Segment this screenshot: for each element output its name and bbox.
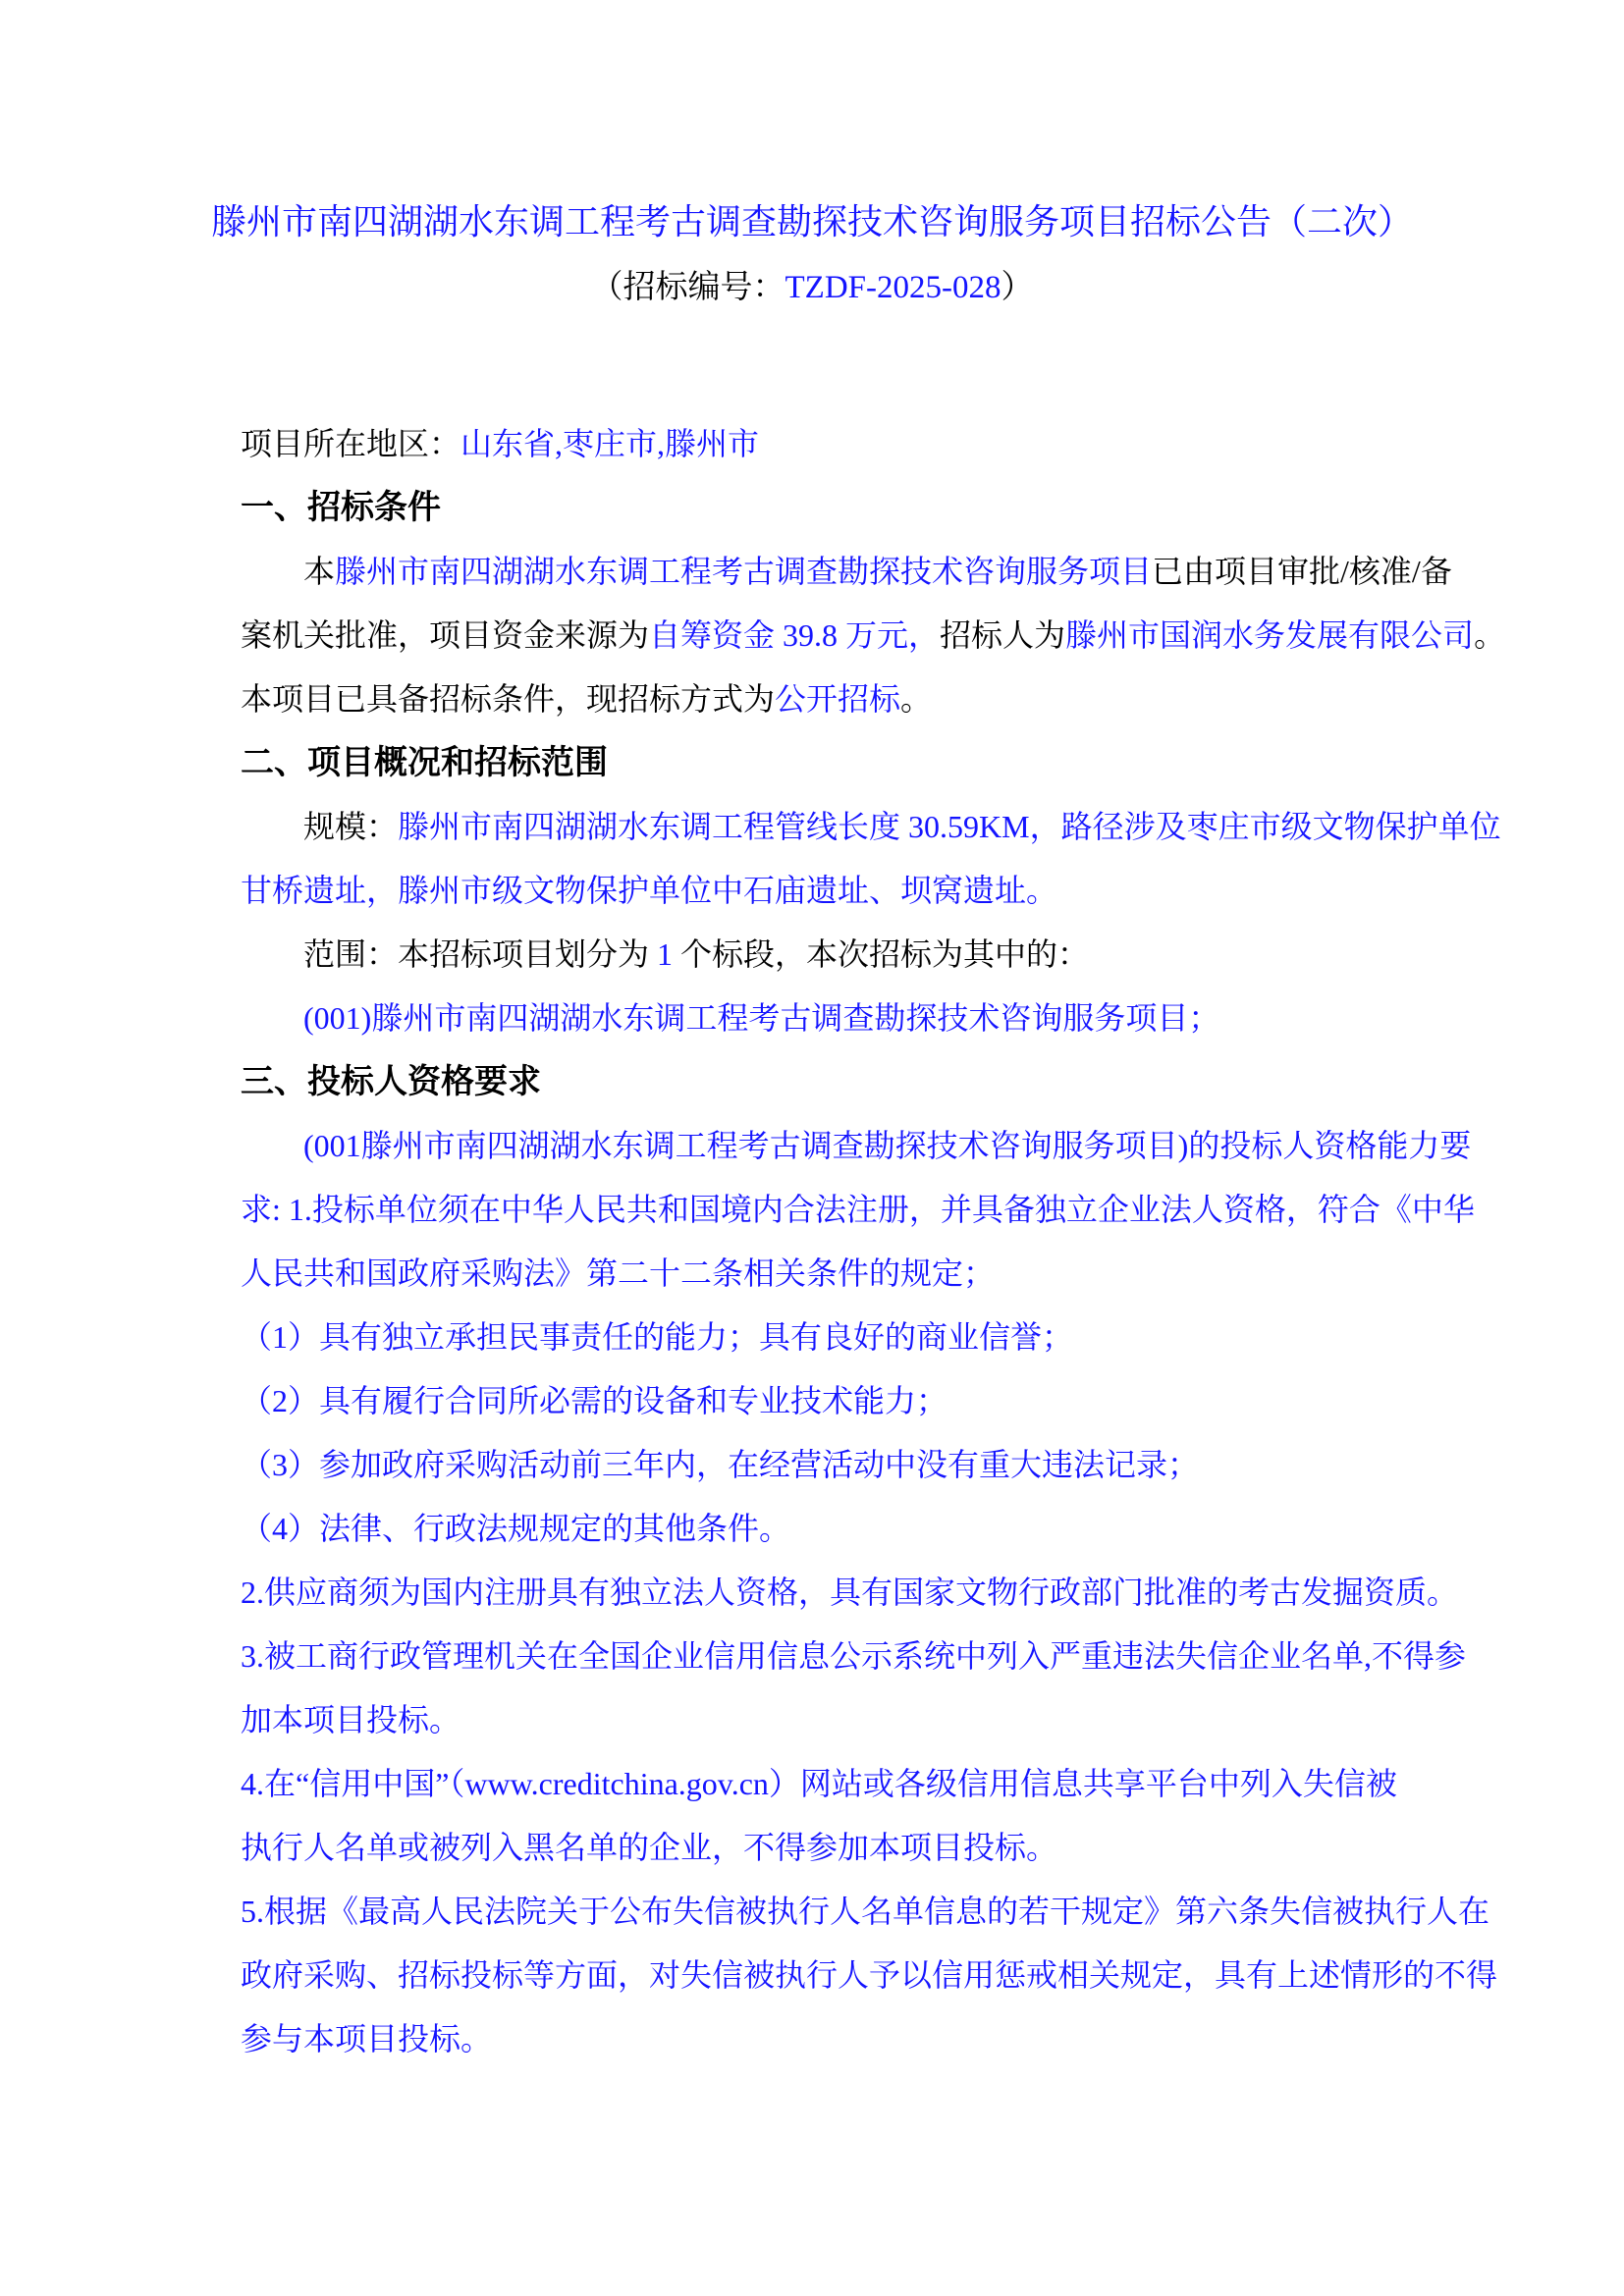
- section-heading: 三、投标人资格要求: [241, 1050, 1517, 1114]
- text-segment: 滕州市南四湖湖水东调工程考古调查勘探技术咨询服务项目: [335, 554, 1152, 589]
- subtitle-prefix: （招标编号：: [591, 270, 785, 305]
- text-segment: 二、项目概况和招标范围: [241, 744, 608, 781]
- document-line: 规模：滕州市南四湖湖水东调工程管线长度 30.59KM，路径涉及枣庄市级文物保护…: [241, 795, 1517, 859]
- text-segment: 案机关批准，项目资金来源为: [241, 617, 649, 653]
- text-segment: 4.在“信用中国”（www.creditchina.gov.cn）网站或各级信用…: [241, 1766, 1397, 1801]
- document-body: 项目所在地区：山东省,枣庄市,滕州市一、招标条件本滕州市南四湖湖水东调工程考古调…: [241, 412, 1517, 2071]
- text-segment: 5.根据《最高人民法院关于公布失信被执行人名单信息的若干规定》第六条失信被执行人…: [241, 1894, 1489, 1929]
- document-line: 参与本项目投标。: [241, 2007, 1517, 2071]
- text-segment: 三、投标人资格要求: [241, 1063, 541, 1100]
- document-line: 4.在“信用中国”（www.creditchina.gov.cn）网站或各级信用…: [241, 1752, 1517, 1816]
- document-page: 滕州市南四湖湖水东调工程考古调查勘探技术咨询服务项目招标公告（二次） （招标编号…: [0, 0, 1624, 2296]
- document-line: 案机关批准，项目资金来源为自筹资金 39.8 万元，招标人为滕州市国润水务发展有…: [241, 604, 1517, 667]
- text-segment: 规模：: [303, 809, 398, 844]
- text-segment: 求: 1.投标单位须在中华人民共和国境内合法注册，并具备独立企业法人资格，符合《…: [241, 1192, 1475, 1227]
- text-segment: （2）具有履行合同所必需的设备和专业技术能力；: [241, 1383, 947, 1418]
- document-line: (001)滕州市南四湖湖水东调工程考古调查勘探技术咨询服务项目；: [241, 987, 1517, 1050]
- document-line: 执行人名单或被列入黑名单的企业，不得参加本项目投标。: [241, 1816, 1517, 1880]
- document-line: （3）参加政府采购活动前三年内，在经营活动中没有重大违法记录；: [241, 1433, 1517, 1497]
- tender-code: TZDF-2025-028: [785, 270, 1001, 305]
- text-segment: 项目所在地区：: [241, 426, 460, 461]
- document-line: 2.供应商须为国内注册具有独立法人资格，具有国家文物行政部门批准的考古发掘资质。: [241, 1561, 1517, 1625]
- text-segment: 。: [1474, 617, 1505, 653]
- text-segment: 政府采购、招标投标等方面，对失信被执行人予以信用惩戒相关规定，具有上述情形的不得: [241, 1957, 1497, 1993]
- text-segment: 招标人为: [940, 617, 1065, 653]
- text-segment: 山东省,枣庄市,滕州市: [460, 426, 759, 461]
- document-line: （1）具有独立承担民事责任的能力；具有良好的商业信誉；: [241, 1306, 1517, 1369]
- section-heading: 一、招标条件: [241, 476, 1517, 540]
- text-segment: 范围：本招标项目划分为: [303, 936, 649, 972]
- text-segment: 本项目已具备招标条件，现招标方式为: [241, 681, 775, 717]
- document-line: （4）法律、行政法规规定的其他条件。: [241, 1497, 1517, 1561]
- text-segment: 自筹资金 39.8 万元，: [649, 617, 940, 653]
- text-segment: （4）法律、行政法规规定的其他条件。: [241, 1511, 790, 1546]
- document-line: 加本项目投标。: [241, 1688, 1517, 1752]
- text-segment: (001滕州市南四湖湖水东调工程考古调查勘探技术咨询服务项目)的投标人资格能力要: [303, 1128, 1471, 1163]
- document-line: 项目所在地区：山东省,枣庄市,滕州市: [241, 412, 1517, 476]
- text-segment: 参与本项目投标。: [241, 2021, 492, 2056]
- section-heading: 二、项目概况和招标范围: [241, 731, 1517, 795]
- document-line: 本项目已具备招标条件，现招标方式为公开招标。: [241, 667, 1517, 731]
- text-segment: 一、招标条件: [241, 489, 441, 526]
- document-line: （2）具有履行合同所必需的设备和专业技术能力；: [241, 1369, 1517, 1433]
- text-segment: 。: [900, 681, 932, 717]
- subtitle-suffix: ）: [1001, 270, 1033, 305]
- text-segment: (001)滕州市南四湖湖水东调工程考古调查勘探技术咨询服务项目；: [303, 1000, 1219, 1036]
- document-line: 范围：本招标项目划分为 1 个标段，本次招标为其中的：: [241, 923, 1517, 987]
- text-segment: 已由项目审批/核准/备: [1152, 554, 1452, 589]
- document-line: 政府采购、招标投标等方面，对失信被执行人予以信用惩戒相关规定，具有上述情形的不得: [241, 1944, 1517, 2007]
- document-line: 人民共和国政府采购法》第二十二条相关条件的规定；: [241, 1242, 1517, 1306]
- text-segment: 1: [649, 936, 680, 972]
- text-segment: 甘桥遗址，滕州市级文物保护单位中石庙遗址、坝窝遗址。: [241, 873, 1057, 908]
- text-segment: 滕州市国润水务发展有限公司: [1065, 617, 1474, 653]
- text-segment: 人民共和国政府采购法》第二十二条相关条件的规定；: [241, 1255, 995, 1291]
- document-line: 甘桥遗址，滕州市级文物保护单位中石庙遗址、坝窝遗址。: [241, 859, 1517, 923]
- text-segment: 3.被工商行政管理机关在全国企业信用信息公示系统中列入严重违法失信企业名单,不得…: [241, 1638, 1466, 1674]
- text-segment: （1）具有独立承担民事责任的能力；具有良好的商业信誉；: [241, 1319, 1073, 1355]
- document-title: 滕州市南四湖湖水东调工程考古调查勘探技术咨询服务项目招标公告（二次）: [147, 199, 1477, 244]
- text-segment: 本: [303, 554, 335, 589]
- document-line: 5.根据《最高人民法院关于公布失信被执行人名单信息的若干规定》第六条失信被执行人…: [241, 1880, 1517, 1944]
- document-line: 本滕州市南四湖湖水东调工程考古调查勘探技术咨询服务项目已由项目审批/核准/备: [241, 540, 1517, 604]
- text-segment: （3）参加政府采购活动前三年内，在经营活动中没有重大违法记录；: [241, 1447, 1199, 1482]
- document-line: 3.被工商行政管理机关在全国企业信用信息公示系统中列入严重违法失信企业名单,不得…: [241, 1625, 1517, 1688]
- document-subtitle: （招标编号：TZDF-2025-028）: [147, 267, 1477, 308]
- text-segment: 滕州市南四湖湖水东调工程管线长度 30.59KM，路径涉及枣庄市级文物保护单位: [398, 809, 1501, 844]
- text-segment: 公开招标: [775, 681, 900, 717]
- text-segment: 2.供应商须为国内注册具有独立法人资格，具有国家文物行政部门批准的考古发掘资质。: [241, 1575, 1458, 1610]
- text-segment: 加本项目投标。: [241, 1702, 460, 1737]
- document-line: (001滕州市南四湖湖水东调工程考古调查勘探技术咨询服务项目)的投标人资格能力要: [241, 1114, 1517, 1178]
- document-line: 求: 1.投标单位须在中华人民共和国境内合法注册，并具备独立企业法人资格，符合《…: [241, 1178, 1517, 1242]
- text-segment: 执行人名单或被列入黑名单的企业，不得参加本项目投标。: [241, 1830, 1057, 1865]
- text-segment: 个标段，本次招标为其中的：: [680, 936, 1089, 972]
